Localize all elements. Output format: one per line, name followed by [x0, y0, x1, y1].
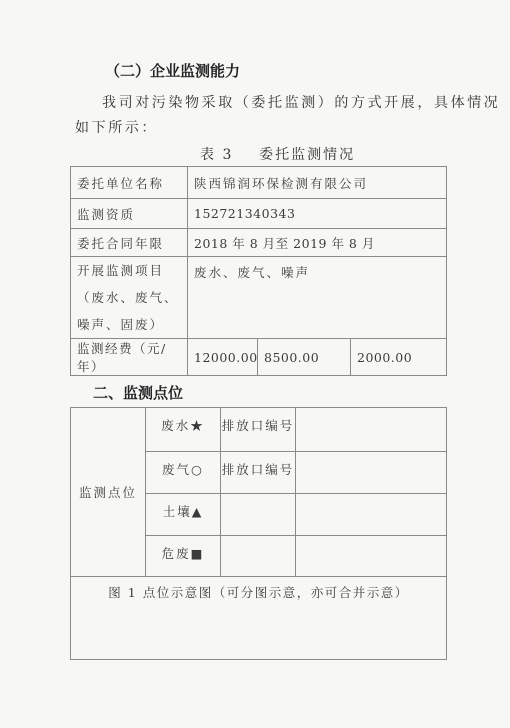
- table3-label-contract-period: 委托合同年限: [71, 229, 188, 257]
- outlet-value-waste-gas: [296, 452, 447, 494]
- outlet-label-soil: [221, 494, 296, 536]
- points-row-header: 监测点位: [71, 408, 146, 577]
- table3-cost-value-1: 12000.00: [188, 339, 258, 376]
- point-type-waste-gas: 废气○: [146, 452, 221, 494]
- outlet-value-soil: [296, 494, 447, 536]
- intro-paragraph-line2: 如下所示：: [75, 117, 158, 137]
- table3-caption: 表 3 委托监测情况: [200, 144, 355, 164]
- table-monitoring-points: 监测点位 废水★ 排放口编号 废气○ 排放口编号 土壤▲ 危废■ 图 1 点位示…: [70, 407, 447, 660]
- table3-value-qualification: 152721340343: [188, 199, 447, 229]
- outlet-value-hazardous-waste: [296, 536, 447, 577]
- table3-entrusted-monitoring: 委托单位名称 陕西锦润环保检测有限公司 监测资质 152721340343 委托…: [70, 166, 447, 376]
- section-heading-monitoring-capability: （二）企业监测能力: [105, 60, 240, 81]
- outlet-label-hazardous-waste: [221, 536, 296, 577]
- table3-value-monitoring-items: 废水、废气、噪声: [188, 257, 447, 339]
- figure-1-caption: 图 1 点位示意图（可分图示意，亦可合并示意）: [71, 577, 447, 660]
- table3-label-unit-name: 委托单位名称: [71, 167, 188, 199]
- table3-label-qualification: 监测资质: [71, 199, 188, 229]
- outlet-value-wastewater: [296, 408, 447, 452]
- table3-cost-value-3: 2000.00: [351, 339, 447, 376]
- outlet-label-waste-gas: 排放口编号: [221, 452, 296, 494]
- intro-paragraph-line1: 我司对污染物采取（委托监测）的方式开展，具体情况: [102, 92, 500, 112]
- section-heading-monitoring-points: 二、监测点位: [93, 382, 183, 403]
- table3-value-unit-name: 陕西锦润环保检测有限公司: [188, 167, 447, 199]
- point-type-hazardous-waste: 危废■: [146, 536, 221, 577]
- table3-cost-value-2: 8500.00: [258, 339, 351, 376]
- table3-label-monitoring-items: 开展监测项目（废水、废气、噪声、固废）: [71, 257, 188, 339]
- point-type-soil: 土壤▲: [146, 494, 221, 536]
- table3-label-cost: 监测经费（元/年）: [71, 339, 188, 376]
- outlet-label-wastewater: 排放口编号: [221, 408, 296, 452]
- point-type-wastewater: 废水★: [146, 408, 221, 452]
- table3-value-contract-period: 2018 年 8 月至 2019 年 8 月: [188, 229, 447, 257]
